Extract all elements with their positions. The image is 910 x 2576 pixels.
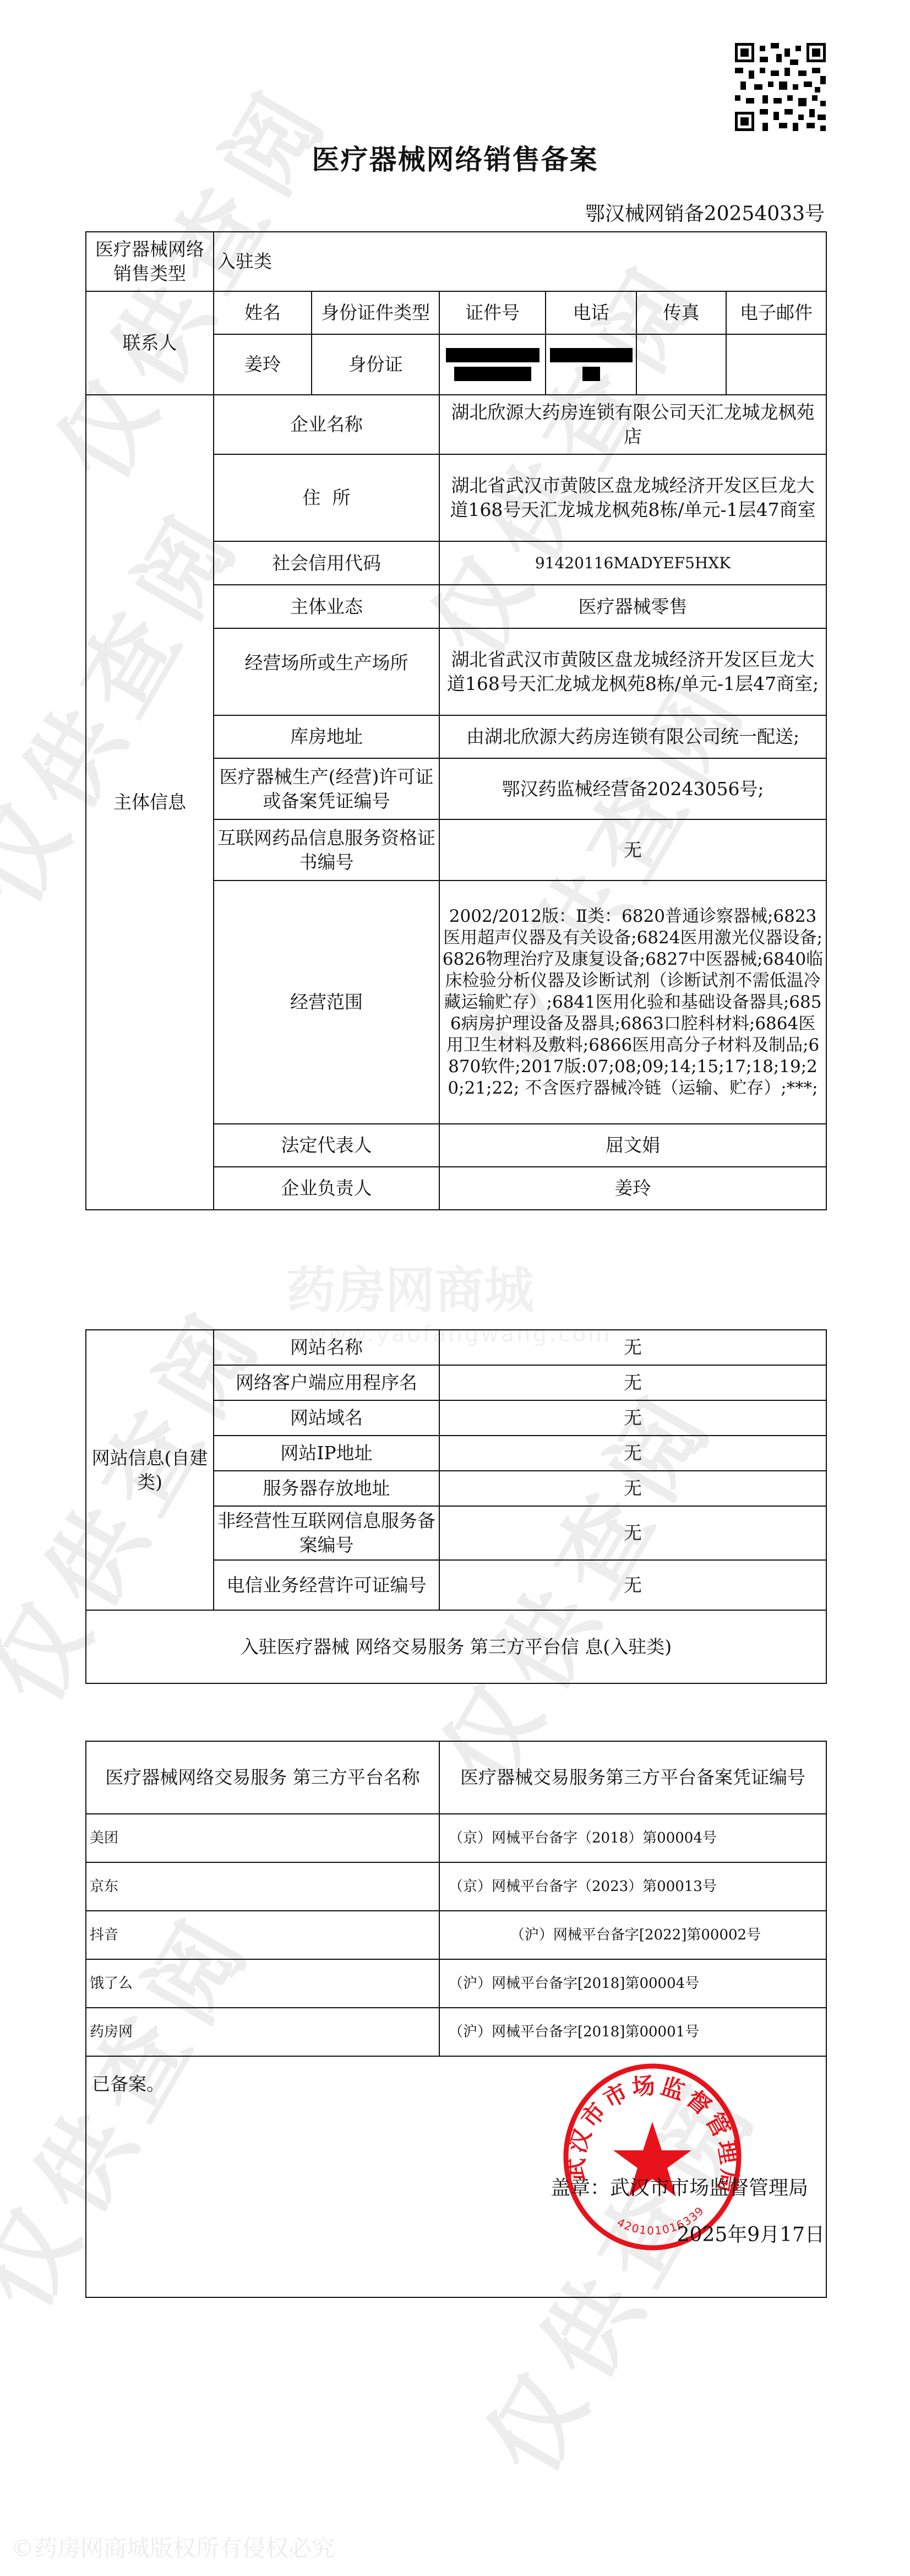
contact-phone-redacted bbox=[546, 334, 636, 395]
entity-row-value: 屈文娟 bbox=[439, 1124, 826, 1167]
entity-row-value: 鄂汉药监械经营备20243056号; bbox=[439, 758, 826, 819]
entity-row-value: 湖北省武汉市黄陂区盘龙城经济开发区巨龙大道168号天汇龙城龙枫苑8栋/单元-1层… bbox=[439, 628, 826, 715]
entity-row-value: 姜玲 bbox=[439, 1167, 826, 1210]
contact-id-number-redacted bbox=[439, 334, 546, 395]
contact-header-id-type: 身份证件类型 bbox=[312, 291, 439, 334]
platform-name: 抖音 bbox=[86, 1911, 439, 1959]
platform-code: （沪）网械平台备字[2022]第00002号 bbox=[439, 1911, 826, 1959]
entity-row-label: 经营场所或生产场所 bbox=[214, 628, 439, 715]
entity-row: 主体信息 企业名称 湖北欣源大药房连锁有限公司天汇龙城龙枫苑店 bbox=[86, 395, 826, 454]
website-row-value: 无 bbox=[439, 1560, 826, 1610]
platform-row: 药房网 （沪）网械平台备字[2018]第00001号 bbox=[86, 2008, 826, 2056]
contact-id-type: 身份证 bbox=[312, 334, 439, 395]
entity-row-label: 企业名称 bbox=[214, 395, 439, 454]
entity-row-label: 企业负责人 bbox=[214, 1167, 439, 1210]
filing-status-text: 已备案。 bbox=[92, 2073, 165, 2095]
website-row-value: 无 bbox=[439, 1471, 826, 1506]
seal-date: 2025年9月17日 bbox=[677, 2219, 825, 2247]
website-row-label: 网站域名 bbox=[214, 1400, 439, 1436]
platform-header-row: 医疗器械网络交易服务 第三方平台名称 医疗器械交易服务第三方平台备案凭证编号 bbox=[86, 1741, 826, 1814]
platform-section-row: 入驻医疗器械 网络交易服务 第三方平台信 息(入驻类) bbox=[86, 1610, 826, 1683]
entity-row-value: 湖北欣源大药房连锁有限公司天汇龙城龙枫苑店 bbox=[439, 395, 826, 454]
entity-row-value: 无 bbox=[439, 819, 826, 881]
entity-row-label: 经营范围 bbox=[214, 881, 439, 1124]
platform-code: （沪）网械平台备字[2018]第00001号 bbox=[439, 2008, 826, 2056]
website-row-value: 无 bbox=[439, 1365, 826, 1400]
contact-header-fax: 传真 bbox=[636, 291, 726, 334]
contact-email bbox=[726, 334, 826, 395]
entity-info-label: 主体信息 bbox=[86, 395, 214, 1210]
website-row: 网站信息(自建类) 网站名称 无 bbox=[86, 1330, 826, 1365]
platform-code: （京）网械平台备字（2023）第00013号 bbox=[439, 1862, 826, 1911]
entity-row-value: 由湖北欣源大药房连锁有限公司统一配送; bbox=[439, 715, 826, 758]
website-row-value: 无 bbox=[439, 1506, 826, 1560]
contact-header-phone: 电话 bbox=[546, 291, 636, 334]
platform-name: 药房网 bbox=[86, 2008, 439, 2056]
entity-row-label: 法定代表人 bbox=[214, 1124, 439, 1167]
entity-row-label: 医疗器械生产(经营)许可证或备案凭证编号 bbox=[214, 758, 439, 819]
platform-code-header: 医疗器械交易服务第三方平台备案凭证编号 bbox=[439, 1741, 826, 1814]
website-row-label: 网站名称 bbox=[214, 1330, 439, 1365]
website-row-value: 无 bbox=[439, 1330, 826, 1365]
website-row-label: 网络客户端应用程序名 bbox=[214, 1365, 439, 1400]
website-platform-table: 网站信息(自建类) 网站名称 无 网络客户端应用程序名 无 网站域名 无 网站I… bbox=[85, 1329, 827, 1684]
redaction-bar bbox=[454, 367, 531, 381]
business-scope-value: 2002/2012版：Ⅱ类：6820普通诊察器械;6823医用超声仪器及有关设备… bbox=[439, 881, 826, 1124]
entity-row-value: 91420116MADYEF5HXK bbox=[439, 541, 826, 585]
entity-row-value: 湖北省武汉市黄陂区盘龙城经济开发区巨龙大道168号天汇龙城龙枫苑8栋/单元-1层… bbox=[439, 454, 826, 541]
sales-type-row: 医疗器械网络销售类型 入驻类 bbox=[86, 232, 826, 291]
qr-code-icon bbox=[735, 43, 826, 131]
platform-code: （沪）网械平台备字[2018]第00004号 bbox=[439, 1959, 826, 2008]
contact-header-id-number: 证件号 bbox=[439, 291, 546, 334]
platform-name: 饿了么 bbox=[86, 1959, 439, 2008]
platform-row: 饿了么 （沪）网械平台备字[2018]第00004号 bbox=[86, 1959, 826, 2008]
website-row-label: 非经营性互联网信息服务备案编号 bbox=[214, 1506, 439, 1560]
website-row-label: 电信业务经营许可证编号 bbox=[214, 1560, 439, 1610]
website-row-value: 无 bbox=[439, 1436, 826, 1471]
entity-row-label: 库房地址 bbox=[214, 715, 439, 758]
platform-code: （京）网械平台备字（2018）第00004号 bbox=[439, 1814, 826, 1862]
entity-row-label: 社会信用代码 bbox=[214, 541, 439, 585]
contact-label: 联系人 bbox=[86, 291, 214, 395]
platform-row: 京东 （京）网械平台备字（2023）第00013号 bbox=[86, 1862, 826, 1911]
seal-label: 盖章：武汉市市场监督管理局 bbox=[551, 2172, 808, 2200]
sales-type-label: 医疗器械网络销售类型 bbox=[86, 232, 214, 291]
brand-watermark-text: 药房网商城 bbox=[286, 1262, 534, 1319]
entity-row-label: 主体业态 bbox=[214, 585, 439, 628]
sales-type-value: 入驻类 bbox=[214, 232, 826, 291]
website-row-label: 服务器存放地址 bbox=[214, 1471, 439, 1506]
contact-header-name: 姓名 bbox=[214, 291, 312, 334]
contact-fax bbox=[636, 334, 726, 395]
platform-row: 抖音 （沪）网械平台备字[2022]第00002号 bbox=[86, 1911, 826, 1959]
website-info-label: 网站信息(自建类) bbox=[86, 1330, 214, 1610]
document-title: 医疗器械网络销售备案 bbox=[0, 138, 910, 177]
entity-row-label: 住 所 bbox=[214, 454, 439, 541]
contact-name: 姜玲 bbox=[214, 334, 312, 395]
website-row-label: 网站IP地址 bbox=[214, 1436, 439, 1471]
website-row-value: 无 bbox=[439, 1400, 826, 1436]
registration-table: 医疗器械网络销售类型 入驻类 联系人 姓名 身份证件类型 证件号 电话 传真 电… bbox=[85, 231, 827, 1210]
platform-section-title: 入驻医疗器械 网络交易服务 第三方平台信 息(入驻类) bbox=[86, 1610, 826, 1683]
entity-row-value: 医疗器械零售 bbox=[439, 585, 826, 628]
platform-name-header: 医疗器械网络交易服务 第三方平台名称 bbox=[86, 1741, 439, 1814]
platform-row: 美团 （京）网械平台备字（2018）第00004号 bbox=[86, 1814, 826, 1862]
redaction-bar bbox=[582, 367, 600, 381]
document-number: 鄂汉械网销备20254033号 bbox=[585, 198, 825, 226]
contact-header-row: 联系人 姓名 身份证件类型 证件号 电话 传真 电子邮件 bbox=[86, 291, 826, 334]
platform-name: 美团 bbox=[86, 1814, 439, 1862]
contact-header-email: 电子邮件 bbox=[726, 291, 826, 334]
redaction-bar bbox=[550, 348, 633, 362]
copyright-watermark: ©药房网商城版权所有侵权必究 bbox=[11, 2530, 335, 2563]
redaction-bar bbox=[446, 348, 540, 362]
entity-row-label: 互联网药品信息服务资格证书编号 bbox=[214, 819, 439, 881]
platform-name: 京东 bbox=[86, 1862, 439, 1911]
